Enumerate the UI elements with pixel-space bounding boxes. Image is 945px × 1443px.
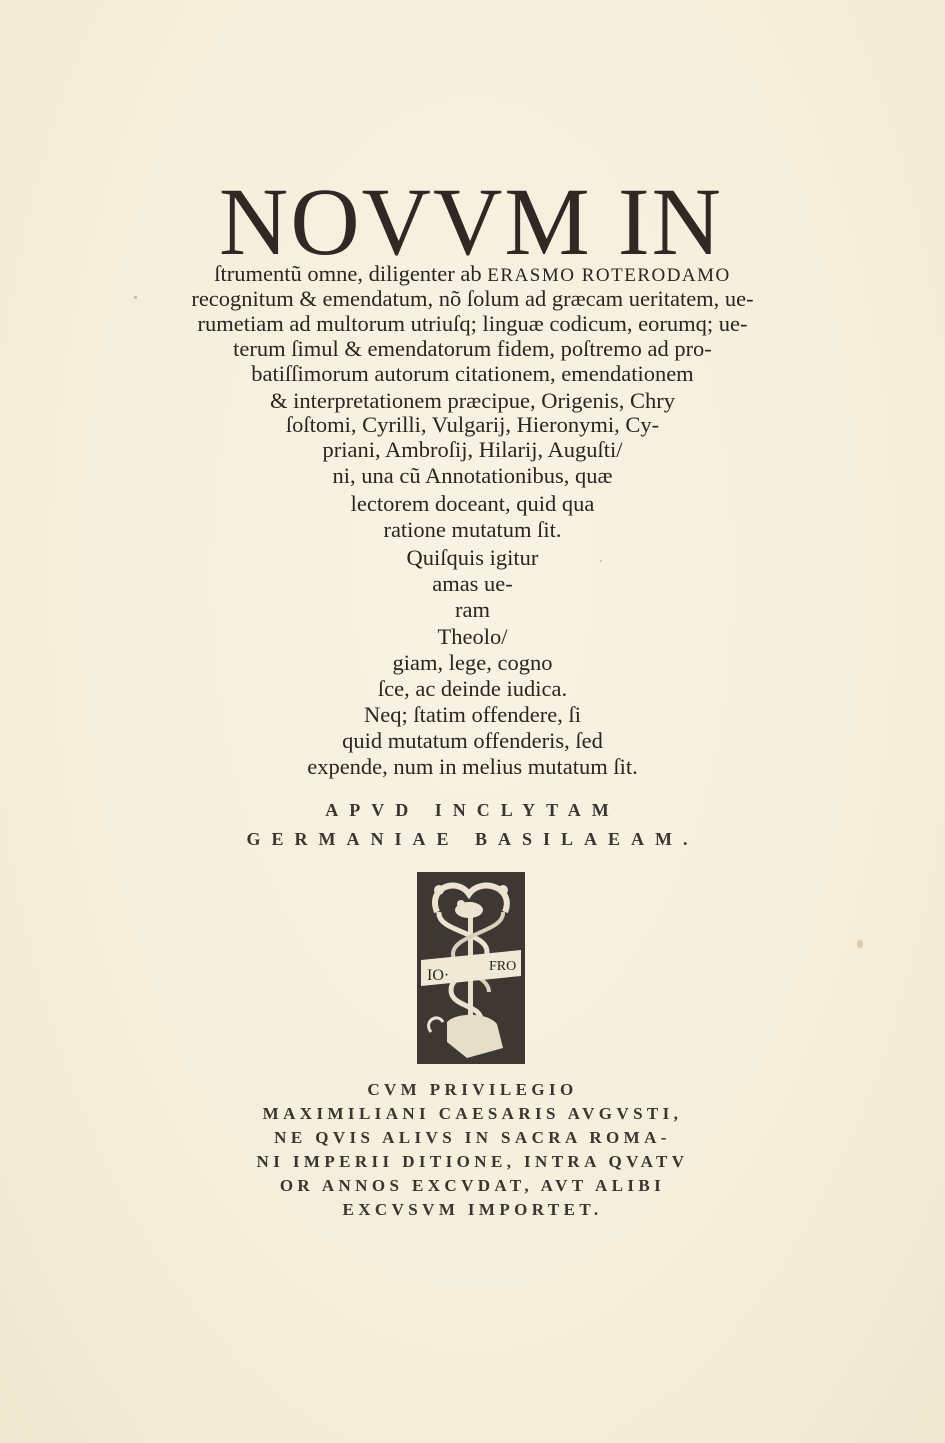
body-line-15: Theolo/	[0, 625, 945, 649]
body-line-text: ſtrumentũ omne, diligenter ab	[214, 261, 487, 286]
privilege-line-6: EXCVSVM IMPORTET.	[0, 1198, 945, 1222]
body-line-18: Neq; ſtatim offendere, ſi	[0, 703, 945, 727]
body-line-10: lectorem doceant, quid qua	[0, 492, 945, 516]
privilege-line-3: NE QVIS ALIVS IN SACRA ROMA-	[0, 1126, 945, 1150]
privilege-line-1: CVM PRIVILEGIO	[0, 1078, 945, 1102]
device-banner-left: IO·	[427, 967, 449, 984]
imprint-line-1: APVD INCLYTAM	[0, 798, 945, 822]
body-line-8: priani, Ambroſij, Hilarij, Auguſti/	[0, 438, 945, 462]
body-line-13: amas ue-	[0, 572, 945, 596]
imprint-line-2: GERMANIAE BASILAEAM.	[0, 827, 945, 851]
body-line-6: & interpretationem præcipue, Origenis, C…	[0, 389, 945, 413]
privilege-line-5: OR ANNOS EXCVDAT, AVT ALIBI	[0, 1174, 945, 1198]
body-line-12: Quiſquis igitur	[0, 546, 945, 570]
body-line-19: quid mutatum offenderis, ſed	[0, 729, 945, 753]
body-line-11: ratione mutatum ſit.	[0, 518, 945, 542]
title-page: NOVVM IN ſtrumentũ omne, diligenter ab E…	[0, 0, 945, 1443]
body-line-2: recognitum & emendatum, nõ ſolum ad græc…	[0, 287, 945, 311]
body-line-7: ſoſtomi, Cyrilli, Vulgarij, Hieronymi, C…	[0, 413, 945, 437]
body-line-4: terum ſimul & emendatorum fidem, poſtrem…	[0, 337, 945, 361]
body-line-17: ſce, ac deinde iudica.	[0, 677, 945, 701]
body-line-16: giam, lege, cogno	[0, 651, 945, 675]
body-line-14: ram	[0, 598, 945, 622]
body-line-20: expende, num in melius mutatum ſit.	[0, 755, 945, 779]
body-line-9: ni, una cũ Annotationibus, quæ	[0, 464, 945, 488]
privilege-line-2: MAXIMILIANI CAESARIS AVGVSTI,	[0, 1102, 945, 1126]
body-line-1: ſtrumentũ omne, diligenter ab ERASMO ROT…	[0, 262, 945, 288]
author-name: ERASMO ROTERODAMO	[487, 265, 731, 286]
caduceus-printers-mark-icon: IO· FRO	[417, 872, 525, 1064]
device-banner-right: FRO	[489, 959, 516, 974]
privilege-line-4: NI IMPERII DITIONE, INTRA QVATV	[0, 1150, 945, 1174]
body-line-5: batiſſimorum autorum citationem, emendat…	[0, 362, 945, 386]
body-line-3: rumetiam ad multorum utriuſq; linguæ cod…	[0, 312, 945, 336]
printers-device: IO· FRO	[417, 872, 525, 1064]
page-title: NOVVM IN	[196, 180, 746, 264]
